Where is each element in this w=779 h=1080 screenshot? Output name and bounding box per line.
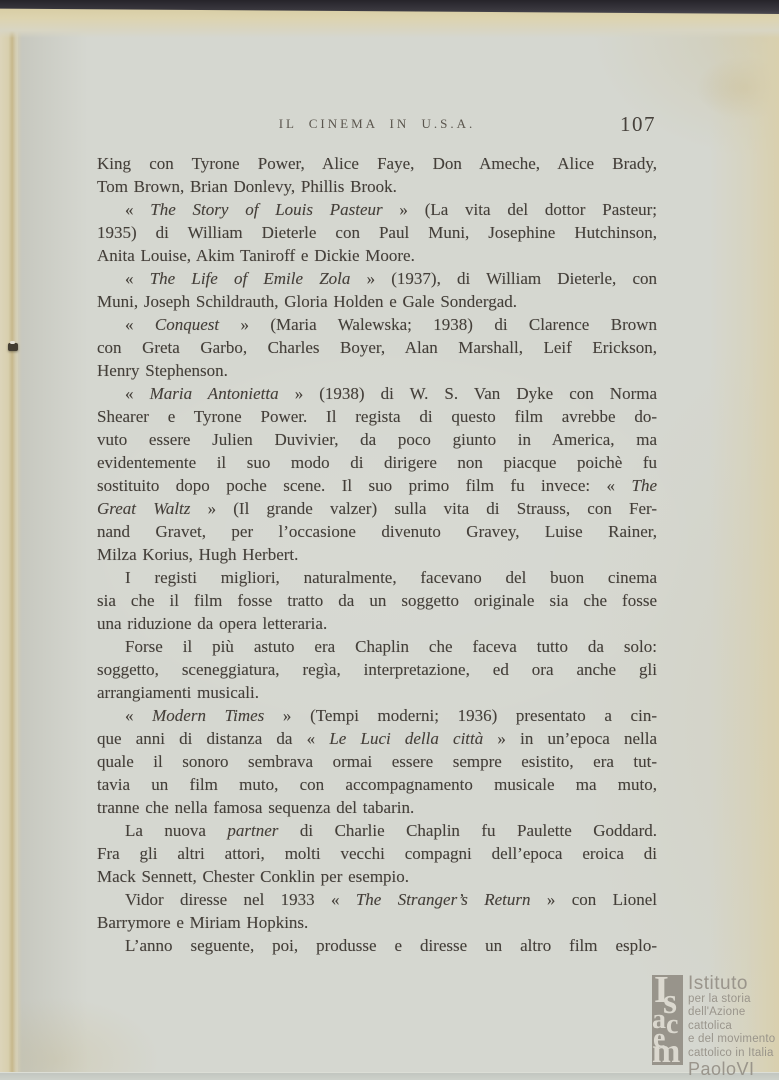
logo-letter-i: I <box>654 971 669 1009</box>
text-run: Fra gli altri attori, molti vecchi compa… <box>97 844 657 863</box>
text-line: I registi migliori, naturalmente, faceva… <box>97 566 657 589</box>
text-run: » (La vita del dottor Pasteur; <box>383 200 657 219</box>
film-title-italic: Great Waltz <box>97 499 190 518</box>
page-content: IL CINEMA IN U.S.A. 107 King con Tyrone … <box>97 112 657 957</box>
text-run: quale il sonoro sembrava ormai essere se… <box>97 752 657 771</box>
text-run: L’anno seguente, poi, produsse e diresse… <box>125 936 657 955</box>
text-run: Forse il più astuto era Chaplin che face… <box>125 637 657 656</box>
text-line: vuto essere Julien Duvivier, da poco giu… <box>97 428 657 451</box>
text-run: » con Lionel <box>531 890 657 909</box>
logo-letter-m: m <box>652 1035 680 1069</box>
text-line: soggetto, sceneggiatura, regìa, interpre… <box>97 658 657 681</box>
text-run: con Greta Garbo, Charles Boyer, Alan Mar… <box>97 338 657 357</box>
text-run: » (Tempi moderni; 1936) presentato a cin… <box>264 706 657 725</box>
text-run: Anita Louise, Akim Taniroff e Dickie Moo… <box>97 246 415 265</box>
text-line: Fra gli altri attori, molti vecchi compa… <box>97 842 657 865</box>
text-line: Great Waltz » (Il grande valzer) sulla v… <box>97 497 657 520</box>
text-line: quale il sonoro sembrava ormai essere se… <box>97 750 657 773</box>
text-line: Henry Stephenson. <box>97 359 657 382</box>
text-run: sia che il film fosse tratto da un sogge… <box>97 591 657 610</box>
text-line: « Conquest » (Maria Walewska; 1938) di C… <box>97 313 657 336</box>
text-run: vuto essere Julien Duvivier, da poco giu… <box>97 430 657 449</box>
text-run: Tom Brown, Brian Donlevy, Phillis Brook. <box>97 177 397 196</box>
logo-letter-s: s <box>663 983 677 1019</box>
text-run: « <box>125 384 150 403</box>
text-line: Vidor diresse nel 1933 « The Stranger’s … <box>97 888 657 911</box>
text-line: con Greta Garbo, Charles Boyer, Alan Mar… <box>97 336 657 359</box>
text-run: Muni, Joseph Schildrauth, Gloria Holden … <box>97 292 517 311</box>
film-title-italic: Le Luci della città <box>329 729 483 748</box>
text-line: L’anno seguente, poi, produsse e diresse… <box>97 934 657 957</box>
film-title-italic: Conquest <box>155 315 219 334</box>
text-run: soggetto, sceneggiatura, regìa, interpre… <box>97 660 657 679</box>
text-run: « <box>125 706 152 725</box>
text-run: di Charlie Chaplin fu Paulette Goddard. <box>278 821 657 840</box>
text-line: arrangiamenti musicali. <box>97 681 657 704</box>
text-line: « Maria Antonietta » (1938) di W. S. Van… <box>97 382 657 405</box>
text-run: Barrymore e Miriam Hopkins. <box>97 913 308 932</box>
logo-letter-c: c <box>666 1011 678 1039</box>
text-run: nand Gravet, per l’occasione divenuto Gr… <box>97 522 657 541</box>
text-line: sia che il film fosse tratto da un sogge… <box>97 589 657 612</box>
text-run: » (1938) di W. S. Van Dyke con Norma <box>279 384 657 403</box>
text-run: Shearer e Tyrone Power. Il regista di qu… <box>97 407 657 426</box>
binding-shadow <box>18 0 88 1080</box>
text-line: evidentemente il suo modo di dirigere no… <box>97 451 657 474</box>
text-run: Milza Korius, Hugh Herbert. <box>97 545 298 564</box>
text-run: I registi migliori, naturalmente, faceva… <box>125 568 657 587</box>
film-title-italic: partner <box>227 821 278 840</box>
binding-hole-glint <box>10 341 15 344</box>
film-title-italic: Maria Antonietta <box>150 384 279 403</box>
text-line: Barrymore e Miriam Hopkins. <box>97 911 657 934</box>
text-line: Tom Brown, Brian Donlevy, Phillis Brook. <box>97 175 657 198</box>
text-line: tranne che nella famosa sequenza del tab… <box>97 796 657 819</box>
text-line: King con Tyrone Power, Alice Faye, Don A… <box>97 152 657 175</box>
text-run: Henry Stephenson. <box>97 361 228 380</box>
text-run: tranne che nella famosa sequenza del tab… <box>97 798 414 817</box>
text-run: sostituito dopo poche scene. Il suo prim… <box>97 476 632 495</box>
text-run: « <box>125 315 155 334</box>
running-title: IL CINEMA IN U.S.A. <box>97 112 657 132</box>
text-run: evidentemente il suo modo di dirigere no… <box>97 453 657 472</box>
text-line: Muni, Joseph Schildrauth, Gloria Holden … <box>97 290 657 313</box>
text-line: Anita Louise, Akim Taniroff e Dickie Moo… <box>97 244 657 267</box>
text-line: Forse il più astuto era Chaplin che face… <box>97 635 657 658</box>
logo-letter-a: a <box>652 1006 666 1034</box>
text-line: « The Story of Louis Pasteur » (La vita … <box>97 198 657 221</box>
film-title-italic: The Story of Louis Pasteur <box>150 200 382 219</box>
text-run: que anni di distanza da « <box>97 729 329 748</box>
text-run: « <box>125 269 150 288</box>
text-line: Shearer e Tyrone Power. Il regista di qu… <box>97 405 657 428</box>
binding-hole <box>8 343 18 351</box>
film-title-italic: Modern Times <box>152 706 264 725</box>
text-run: 1935) di William Dieterle con Paul Muni,… <box>97 223 657 242</box>
isacem-logo-block: I s a c e m <box>652 975 683 1065</box>
film-title-italic: The Stranger’s Return <box>356 890 531 909</box>
film-title-italic: The <box>632 476 658 495</box>
page-left-fold-edge <box>0 0 22 1080</box>
scanned-book-page: IL CINEMA IN U.S.A. 107 King con Tyrone … <box>0 0 779 1080</box>
page-number: 107 <box>620 112 656 137</box>
text-line: una riduzione da opera letteraria. <box>97 612 657 635</box>
text-run: Mack Sennett, Chester Conklin per esempi… <box>97 867 409 886</box>
text-line: « Modern Times » (Tempi moderni; 1936) p… <box>97 704 657 727</box>
scan-bottom-edge <box>0 1072 779 1080</box>
text-run: » (Il grande valzer) sulla vita di Strau… <box>190 499 657 518</box>
text-line: « The Life of Emile Zola » (1937), di Wi… <box>97 267 657 290</box>
page-right-edge <box>709 0 779 1080</box>
text-line: 1935) di William Dieterle con Paul Muni,… <box>97 221 657 244</box>
text-run: » (1937), di William Dieterle, con <box>350 269 657 288</box>
text-line: Milza Korius, Hugh Herbert. <box>97 543 657 566</box>
text-line: sostituito dopo poche scene. Il suo prim… <box>97 474 657 497</box>
text-run: « <box>125 200 150 219</box>
text-run: King con Tyrone Power, Alice Faye, Don A… <box>97 154 657 173</box>
text-run: una riduzione da opera letteraria. <box>97 614 327 633</box>
text-run: tavia un film muto, con accompagnamento … <box>97 775 657 794</box>
text-run: La nuova <box>125 821 227 840</box>
text-run: » (Maria Walewska; 1938) di Clarence Bro… <box>219 315 657 334</box>
text-line: tavia un film muto, con accompagnamento … <box>97 773 657 796</box>
text-run: » in un’epoca nella <box>483 729 657 748</box>
text-run: Vidor diresse nel 1933 « <box>125 890 356 909</box>
text-line: nand Gravet, per l’occasione divenuto Gr… <box>97 520 657 543</box>
text-line: Mack Sennett, Chester Conklin per esempi… <box>97 865 657 888</box>
page-header: IL CINEMA IN U.S.A. 107 <box>97 112 657 139</box>
text-line: La nuova partner di Charlie Chaplin fu P… <box>97 819 657 842</box>
film-title-italic: The Life of Emile Zola <box>150 269 351 288</box>
text-line: que anni di distanza da « Le Luci della … <box>97 727 657 750</box>
page-body: King con Tyrone Power, Alice Faye, Don A… <box>97 152 657 957</box>
logo-letter-e: e <box>653 1025 665 1053</box>
text-run: arrangiamenti musicali. <box>97 683 259 702</box>
